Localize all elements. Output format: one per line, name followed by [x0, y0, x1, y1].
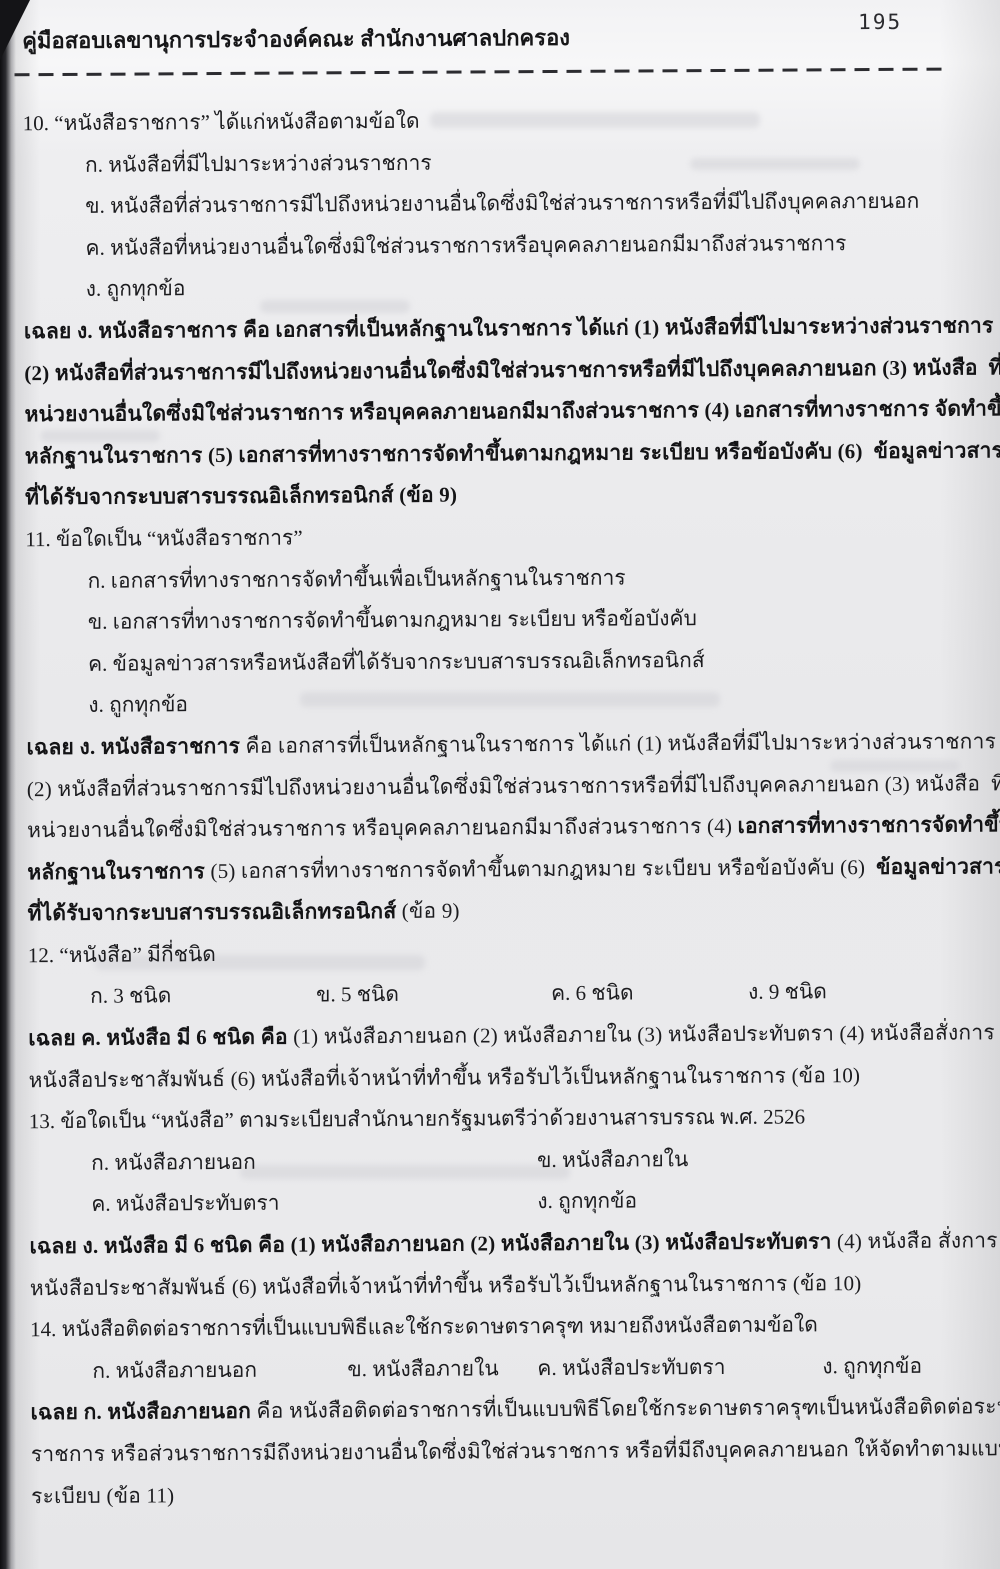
answer-line: เฉลย ง. หนังสือราชการ คือ เอกสารที่เป็นห… [26, 721, 961, 768]
answer-line: เฉลย ค. หนังสือ มี 6 ชนิด คือ (1) หนังสื… [28, 1013, 963, 1060]
header-dashed-divider [14, 68, 944, 77]
choice-option: ข. หนังสือภายใน [537, 1139, 689, 1182]
text-segment: ก. เอกสารที่ทางราชการจัดทำขึ้นเพื่อเป็นห… [87, 565, 625, 592]
answer-line: (2) หนังสือที่ส่วนราชการมีไปถึงหน่วยงานอ… [24, 347, 959, 394]
answer-line: ระเบียบ (ข้อ 11) [31, 1470, 966, 1517]
choice-option: ง. ถูกทุกข้อ [822, 1346, 922, 1388]
answer-emphasis-text: เอกสารที่ทางราชการจัดทำขึ้นเพื่อเป็น [737, 812, 1000, 838]
text-segment: 11. ข้อใดเป็น “หนังสือราชการ” [25, 525, 302, 551]
question-line: 14. หนังสือติดต่อราชการที่เป็นแบบพิธีและ… [30, 1304, 965, 1351]
choice-row: ก. หนังสือภายนอกข. หนังสือภายในค. หนังสื… [30, 1345, 965, 1392]
choice-line: ก. เอกสารที่ทางราชการจัดทำขึ้นเพื่อเป็นห… [25, 555, 960, 602]
choice-line: ค. ข้อมูลข่าวสารหรือหนังสือที่ได้รับจากร… [26, 638, 961, 685]
answer-emphasis-text: (2) หนังสือที่ส่วนราชการมีไปถึงหน่วยงานอ… [24, 355, 1000, 385]
page-number: 195 [858, 10, 902, 34]
text-segment: 13. ข้อใดเป็น “หนังสือ” ตามระเบียบสำนักน… [29, 1105, 805, 1134]
choice-row: ค. หนังสือประทับตราง. ถูกทุกข้อ [29, 1179, 964, 1226]
choice-option: ง. 9 ชนิด [748, 972, 827, 1014]
choice-option: ข. หนังสือภายใน [347, 1348, 537, 1391]
text-segment: ระเบียบ (ข้อ 11) [31, 1483, 174, 1508]
text-segment: ง. ถูกทุกข้อ [88, 693, 188, 718]
choice-option: ก. หนังสือภายนอก [92, 1349, 347, 1392]
choice-line: ค. หนังสือที่หน่วยงานอื่นใดซึ่งมิใช่ส่วน… [23, 222, 958, 269]
choice-option: ง. ถูกทุกข้อ [537, 1181, 637, 1223]
answer-line: หน่วยงานอื่นใดซึ่งมิใช่ส่วนราชการ หรือบุ… [24, 389, 959, 436]
question-line: 12. “หนังสือ” มีกี่ชนิด [28, 929, 963, 976]
answer-emphasis-text: เฉลย ก. หนังสือภายนอก [31, 1399, 252, 1424]
text-segment: ค. ข้อมูลข่าวสารหรือหนังสือที่ได้รับจากร… [88, 648, 705, 676]
answer-line: (2) หนังสือที่ส่วนราชการมีไปถึงหน่วยงานอ… [27, 763, 962, 810]
answer-line: ราชการ หรือส่วนราชการมีถึงหน่วยงานอื่นใด… [31, 1428, 966, 1475]
answer-emphasis-text: เฉลย ง. หนังสือราชการ [26, 734, 240, 759]
text-segment: ค. หนังสือที่หน่วยงานอื่นใดซึ่งมิใช่ส่วน… [85, 231, 846, 260]
text-segment: ราชการ หรือส่วนราชการมีถึงหน่วยงานอื่นใด… [31, 1436, 1000, 1466]
text-segment: 14. หนังสือติดต่อราชการที่เป็นแบบพิธีและ… [30, 1313, 818, 1342]
text-segment: 10. “หนังสือราชการ” ได้แก่หนังสือตามข้อใ… [23, 109, 420, 135]
text-segment: ก. หนังสือที่มีไปมาระหว่างส่วนราชการ [85, 150, 432, 176]
text-segment: 12. “หนังสือ” มีกี่ชนิด [28, 942, 216, 967]
question-line: 11. ข้อใดเป็น “หนังสือราชการ” [25, 513, 960, 560]
answer-line: หลักฐานในราชการ (5) เอกสารที่ทางราชการจั… [25, 430, 960, 477]
choice-line: ง. ถูกทุกข้อ [24, 264, 959, 311]
question-line: 13. ข้อใดเป็น “หนังสือ” ตามระเบียบสำนักน… [29, 1096, 964, 1143]
scan-left-edge-shadow [0, 0, 16, 1569]
answer-line: ที่ได้รับจากระบบสารบรรณอิเล็กทรอนิกส์ (ข… [25, 472, 960, 519]
choice-line: ข. เอกสารที่ทางราชการจัดทำขึ้นตามกฎหมาย … [26, 597, 961, 644]
question-line: 10. “หนังสือราชการ” ได้แก่หนังสือตามข้อใ… [23, 98, 958, 145]
answer-line: เฉลย ง. หนังสือราชการ คือ เอกสารที่เป็นห… [24, 305, 959, 352]
answer-emphasis-text: หลักฐานในราชการ (5) เอกสารที่ทางราชการจั… [25, 437, 1000, 468]
choice-option: ค. หนังสือประทับตรา [537, 1346, 822, 1389]
choice-line: ข. หนังสือที่ส่วนราชการมีไปถึงหน่วยงานอื… [23, 181, 958, 228]
text-segment: ง. ถูกทุกข้อ [86, 277, 186, 302]
answer-emphasis-text: เฉลย ง. หนังสือ มี 6 ชนิด คือ (1) หนังสื… [30, 1229, 832, 1258]
text-segment: หนังสือประชาสัมพันธ์ (6) หนังสือที่เจ้าห… [30, 1271, 862, 1300]
choice-row: ก. หนังสือภายนอกข. หนังสือภายใน [29, 1137, 964, 1184]
answer-emphasis-text: เฉลย ง. หนังสือราชการ คือ เอกสารที่เป็นห… [24, 313, 994, 343]
answer-line: หนังสือประชาสัมพันธ์ (6) หนังสือที่เจ้าห… [28, 1054, 963, 1101]
text-segment: (1) หนังสือภายนอก (2) หนังสือภายใน (3) ห… [288, 1020, 1000, 1049]
answer-line: หน่วยงานอื่นใดซึ่งมิใช่ส่วนราชการ หรือบุ… [27, 805, 962, 852]
answer-emphasis-text: ข้อมูลข่าวสารหรือหนังสือ [876, 853, 1000, 878]
choice-option: ก. หนังสือภายนอก [91, 1140, 537, 1184]
choice-option: ข. 5 ชนิด [316, 973, 551, 1016]
answer-emphasis-text: เฉลย ค. หนังสือ มี 6 ชนิด คือ [28, 1025, 288, 1051]
text-segment: (5) เอกสารที่ทางราชการจัดทำขึ้นตามกฎหมาย… [205, 855, 876, 883]
choice-option: ค. หนังสือประทับตรา [91, 1182, 537, 1226]
text-segment: คือ เอกสารที่เป็นหลักฐานในราชการ ได้แก่ … [240, 729, 996, 758]
document-body: 10. “หนังสือราชการ” ได้แก่หนังสือตามข้อใ… [23, 98, 967, 1518]
choice-option: ก. 3 ชนิด [90, 975, 316, 1018]
answer-line: เฉลย ง. หนังสือ มี 6 ชนิด คือ (1) หนังสื… [29, 1221, 964, 1268]
book-header-title: คู่มือสอบเลขานุการประจำองค์คณะ สำนักงานศ… [22, 20, 570, 58]
text-segment: ข. เอกสารที่ทางราชการจัดทำขึ้นตามกฎหมาย … [88, 606, 697, 634]
answer-emphasis-text: ที่ได้รับจากระบบสารบรรณอิเล็กทรอนิกส์ [27, 899, 396, 925]
answer-emphasis-text: หน่วยงานอื่นใดซึ่งมิใช่ส่วนราชการ หรือบุ… [24, 396, 1000, 426]
choice-line: ง. ถูกทุกข้อ [26, 680, 961, 727]
text-segment: (2) หนังสือที่ส่วนราชการมีไปถึงหน่วยงานอ… [27, 771, 1000, 801]
text-segment: หน่วยงานอื่นใดซึ่งมิใช่ส่วนราชการ หรือบุ… [27, 814, 738, 842]
answer-line: ที่ได้รับจากระบบสารบรรณอิเล็กทรอนิกส์ (ข… [27, 888, 962, 935]
answer-line: เฉลย ก. หนังสือภายนอก คือ หนังสือติดต่อร… [30, 1387, 965, 1434]
choice-option: ค. 6 ชนิด [551, 972, 748, 1015]
answer-emphasis-text: ที่ได้รับจากระบบสารบรรณอิเล็กทรอนิกส์ (ข… [25, 483, 457, 510]
choice-line: ก. หนังสือที่มีไปมาระหว่างส่วนราชการ [23, 139, 958, 186]
answer-line: หลักฐานในราชการ (5) เอกสารที่ทางราชการจั… [27, 846, 962, 893]
text-segment: (ข้อ 9) [396, 899, 460, 923]
answer-emphasis-text: หลักฐานในราชการ [27, 859, 205, 884]
text-segment: คือ หนังสือติดต่อราชการที่เป็นแบบพิธีโดย… [251, 1394, 1000, 1423]
text-segment: หนังสือประชาสัมพันธ์ (6) หนังสือที่เจ้าห… [29, 1063, 861, 1092]
text-segment: (4) หนังสือ สั่งการ (5) [831, 1228, 1000, 1253]
choice-row: ก. 3 ชนิดข. 5 ชนิดค. 6 ชนิดง. 9 ชนิด [28, 971, 963, 1018]
answer-line: หนังสือประชาสัมพันธ์ (6) หนังสือที่เจ้าห… [30, 1262, 965, 1309]
scanned-page-content: คู่มือสอบเลขานุการประจำองค์คณะ สำนักงานศ… [0, 0, 1000, 1569]
text-segment: ข. หนังสือที่ส่วนราชการมีไปถึงหน่วยงานอื… [85, 189, 919, 218]
